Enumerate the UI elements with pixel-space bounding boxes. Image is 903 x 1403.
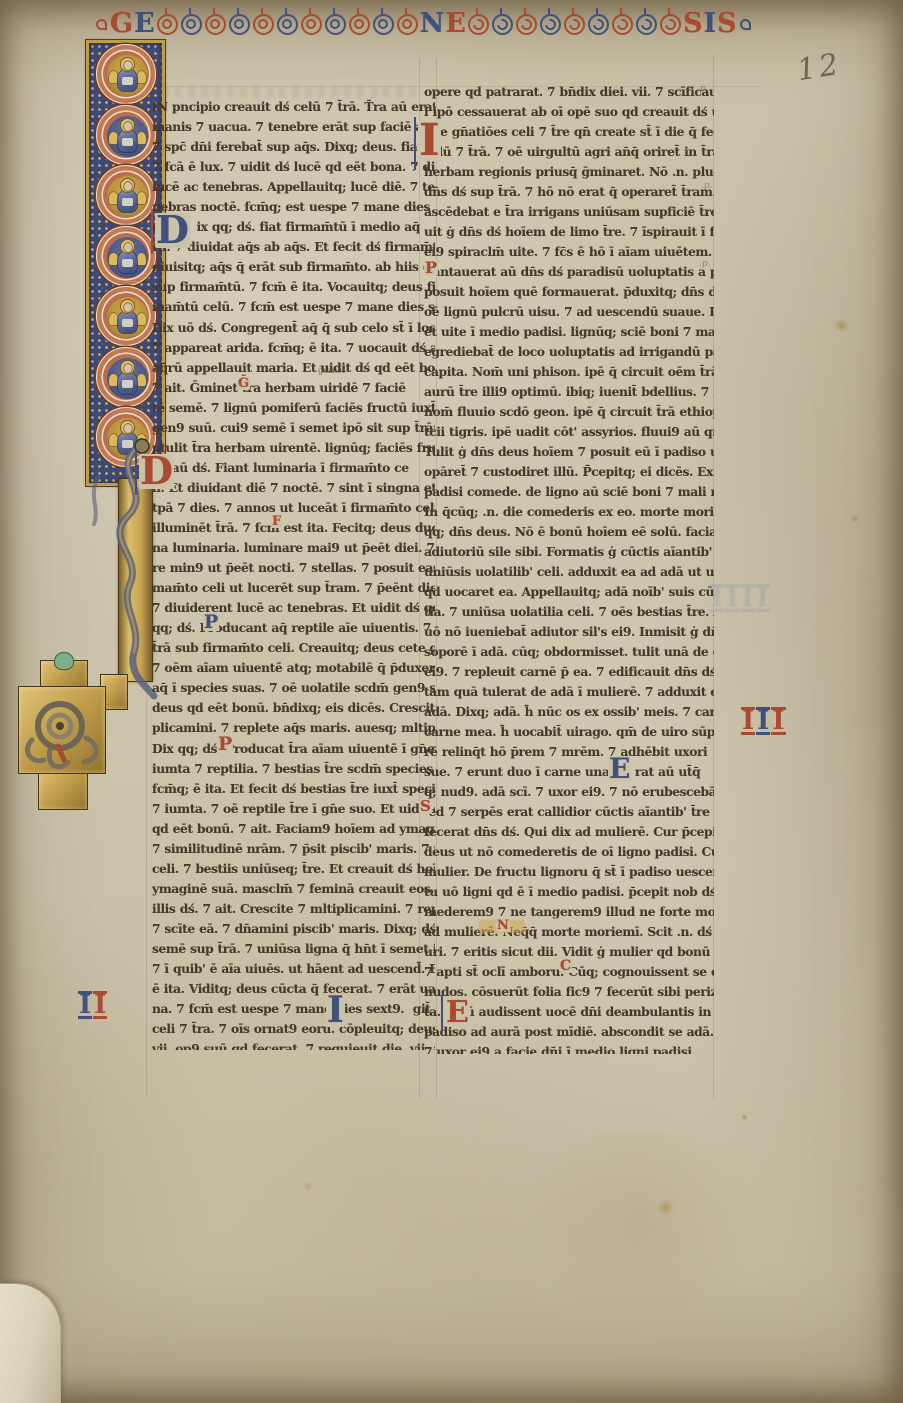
text-column-left: ſN pncipio creauit dś celū 7 t̄rā. T̄ra … <box>152 97 435 1050</box>
text-line: ē ita. Viditq; deus cūcta q̄ fecerat. 7 … <box>152 979 435 999</box>
text-line: 7 appareat arida. fcm̄q; ē ita. 7 uocaui… <box>152 338 435 358</box>
band-letter: G <box>110 10 133 38</box>
text-line: adā. Dixq; adā. h̄ nūc os ex ossib' meis… <box>424 702 714 722</box>
creation-scene-medallion <box>95 43 157 104</box>
text-line: sue. 7 erunt duo ī carne una. rat aū ut̄… <box>424 762 714 782</box>
manuscript-page: GENESIS 12 ſN pncipio creauit dś celū 7 … <box>0 0 903 1403</box>
text-line: In q̄cūq; .n. die comederis ex eo. morte… <box>424 502 714 522</box>
band-spiral-icon <box>660 14 681 35</box>
pen-flourish <box>441 995 443 1031</box>
text-line: qq; dś. Producant aq̄ reptile aīe uiuent… <box>152 618 435 638</box>
text-line: tpā 7 dies. 7 annos ut luceāt ī firmam̄t… <box>152 498 435 518</box>
text-line: inanis 7 uacua. 7 tenebre erāt sup faciē… <box>152 117 435 137</box>
text-line: egrediebat̄ de loco uoluptatis ad irriga… <box>424 342 714 362</box>
text-line: capita. Nom̄ uni phison. ipē q̄ circuit … <box>424 362 714 382</box>
dropcap-D: D <box>139 454 174 489</box>
text-line: 7 uxor ei9 a facie dn̄i ī medio ligni pa… <box>424 1042 714 1054</box>
text-line: q; nud9. adā scī. 7 uxor ei9. 7 nō erube… <box>424 782 714 802</box>
text-line: aq̄ ī species suas. 7 oē uolatile scdm̄ … <box>152 678 435 698</box>
initial-foliate-terminal <box>14 658 118 810</box>
band-ring-icon <box>181 14 202 35</box>
text-line: tam quā tulerat de adā ī mulierē. 7 addu… <box>424 682 714 702</box>
folio-number: 12 <box>795 47 844 88</box>
stain <box>741 1114 748 1120</box>
text-line: celi 7 t̄ra. 7 oīs ornat9 eoru. cōpleuit… <box>152 1019 435 1039</box>
text-line: ei9. 7 repleuit carnē p̄ ea. 7 edificaui… <box>424 662 714 682</box>
text-column-right: opere qd patrarat. 7 bn̄dix diei. vii. 7… <box>424 82 714 1054</box>
dropcap-Ḡ: Ḡ <box>237 378 250 390</box>
text-line: Dix uō dś. Congregent̄ aq̄ q̄ sub celo s… <box>152 318 435 338</box>
text-line: ad mulierē. Neq̄q̄ morte moriemī. Scit .… <box>424 922 714 942</box>
text-line: ste gn̄atiōes celi 7 t̄re qn̄ create st̄… <box>424 122 714 142</box>
foliage-scroll-icon <box>20 688 104 772</box>
text-line: ī ipō cessauerat ab oī opē suo qd creaui… <box>424 102 714 122</box>
text-line: tē semē. 7 lignū pomiferū faciēs fructū … <box>152 398 435 418</box>
text-line: rē relinq̄t hō p̄rem 7 mrēm. 7 adhēbit u… <box>424 742 714 762</box>
dropcap-E: E <box>445 999 470 1027</box>
creation-scene-medallion <box>95 285 157 346</box>
band-spiral-icon <box>468 14 489 35</box>
text-line: mederem9 7 ne tangerem9 illud ne forte m… <box>424 902 714 922</box>
text-line: uō nō iueniebat̄ adiutor sil's ei9. Inmi… <box>424 622 714 642</box>
text-line: qd uocaret ea. Appellauitq; adā noīb' su… <box>424 582 714 602</box>
dropcap-N: N <box>496 920 510 932</box>
creation-scene-medallion <box>95 346 157 407</box>
interlinear-gloss: ḡminet <box>318 366 345 375</box>
band-ring-icon <box>253 14 274 35</box>
pen-flourish <box>135 450 137 495</box>
dropcap-I: I <box>326 994 345 1027</box>
text-line: 7 ait. Ḡminet t̄ra herbam uiridē 7 faciē <box>152 378 435 398</box>
stain <box>849 514 860 523</box>
text-line: opere qd patrarat. 7 bn̄dix diei. vii. 7… <box>424 82 714 102</box>
text-line: 7 scīte eā. 7 dn̄amini piscib' maris. Di… <box>152 919 435 939</box>
genesis-header-band: GENESIS <box>94 8 704 40</box>
text-line: mam̄to celi ut lucerēt sup t̄ram. 7 p̄eē… <box>152 578 435 598</box>
text-line: padisi comede. de ligno aū sciē boni 7 m… <box>424 482 714 502</box>
band-ring-icon <box>325 14 346 35</box>
text-line: lantauerat aū dn̄s dś paradisū uoluptati… <box>424 262 714 282</box>
text-line: t̄rā sub firmam̄to celi. Creauitq; deus … <box>152 638 435 658</box>
text-line: adiutoriū sile sibi. Formatis ġ cūctis a… <box>424 542 714 562</box>
text-line: re min9 ut p̄eēt nocti. 7 stellas. 7 pos… <box>152 558 435 578</box>
text-line: gen9 suū. cui9 semē ī semet ipō sit sup … <box>152 418 435 438</box>
dropcap-D: D <box>155 213 190 248</box>
chapter-numeral-II: II <box>78 991 107 1019</box>
stain <box>833 319 850 332</box>
dropcap-F: F <box>271 516 282 528</box>
band-ring-icon <box>157 14 178 35</box>
stain <box>302 1182 314 1191</box>
dropcap-P: P <box>424 261 438 276</box>
text-line: 7 iumta. 7 oē reptile t̄re ī gn̄e suo. E… <box>152 799 435 819</box>
stain <box>500 1130 780 1310</box>
dropcap-I: I <box>418 121 441 161</box>
band-ring-icon <box>301 14 322 35</box>
text-line: aurū t̄re illi9 optimū. ibiq; iuenit̄ bd… <box>424 382 714 402</box>
text-line: carne mea. h̄ uocabit̄ uirago. qm̄ de ui… <box>424 722 714 742</box>
text-line: ſN pncipio creauit dś celū 7 t̄rā. T̄ra … <box>152 97 435 117</box>
text-line: Dix qq; dś. Producat t̄ra aīam uiuentē ī… <box>152 739 435 759</box>
band-ring-icon <box>277 14 298 35</box>
band-spiral-icon <box>588 14 609 35</box>
text-line: 7 similitudinē nrām. 7 p̄sit piscib' mar… <box>152 839 435 859</box>
dropcap-E: E <box>608 756 631 782</box>
band-spiral-icon <box>636 14 657 35</box>
band-spiral-icon <box>612 14 633 35</box>
text-line: ascēdebat e t̄ra irrigans uniūsam supfic… <box>424 202 714 222</box>
band-flourish-icon <box>740 19 751 30</box>
text-line: ēt uite ī medio padisi. lignūq; sciē bon… <box>424 322 714 342</box>
text-line: soporē ī adā. cūq; obdormisset. tulit un… <box>424 642 714 662</box>
creation-scene-medallion <box>95 225 157 286</box>
band-ring-icon <box>349 14 370 35</box>
text-line: na. 7 fcm̄ est uespe 7 mane dies sext9. … <box>152 999 435 1019</box>
text-line: tu uō ligni qd ē ī medio padisi. p̄cepit… <box>424 882 714 902</box>
text-line: mam̄tū celū. 7 fcm̄ est uespe 7 mane die… <box>152 297 435 317</box>
text-line: deus qd eēt bonū. bn̄dixq; eis dicēs. Cr… <box>152 698 435 718</box>
dropcap-P: P <box>203 614 219 631</box>
text-line: nom̄ fluuio scdō geon. ipē q̄ circuit t̄… <box>424 402 714 422</box>
band-spiral-icon <box>516 14 537 35</box>
text-line: lucē ac tenebras. Appellauitq; lucē diē.… <box>152 177 435 197</box>
text-line: deus ut nō comederetis de oī ligno padis… <box>424 842 714 862</box>
text-line: oē lignū pulcrū uisu. 7 ad uescendū suau… <box>424 302 714 322</box>
band-letter: E <box>134 10 155 38</box>
text-line: tcii tigris. ipē uadit cōt' assyrios. fl… <box>424 422 714 442</box>
text-line: dn̄s dś sup t̄rā. 7 hō nō erat q̄ operar… <box>424 182 714 202</box>
text-line: aq̄rū appellauit maria. Et uidit dś qd e… <box>152 358 435 378</box>
text-line: 7 oēm aīam uiuentē atq; motabilē q̄ p̄du… <box>152 658 435 678</box>
band-letter: S <box>683 10 703 38</box>
text-line: uniūsis uolatilib' celi. adduxit ea ad a… <box>424 562 714 582</box>
text-line: 7 ī quib' ē aīa uiuēs. ut hāent ad uesce… <box>152 959 435 979</box>
text-line: ei9 spiraclm̄ uite. 7 fc̄s ē hō ī aīam u… <box>424 242 714 262</box>
text-line: unus. ix qq; dś. fiat firmam̄tū ī medio … <box>152 217 435 237</box>
band-ring-icon <box>205 14 226 35</box>
pen-flourish <box>151 209 153 254</box>
band-letter: E <box>445 10 466 38</box>
text-line: plicamini. 7 replete aq̄s maris. auesq; … <box>152 718 435 738</box>
text-line: vii. op9 suū qd fecerat. 7 requieuit die… <box>152 1039 435 1050</box>
text-line: ix aū dś. Fiant luminaria ī firmam̄to ce <box>152 458 435 478</box>
text-line: tia. 7 uniūsa uolatilia celi. 7 oēs best… <box>424 602 714 622</box>
text-line: illis dś. 7 ait. Crescite 7 mltiplicamin… <box>152 899 435 919</box>
green-bud-ornament <box>54 652 74 670</box>
text-line: rū. 7 diuidat aq̄s ab aq̄s. Et fecit dś … <box>152 237 435 257</box>
page-corner-curl <box>0 1283 61 1403</box>
text-line: nebras noctē. fcm̄q; est uespe 7 mane di… <box>152 197 435 217</box>
text-line: posuit hoīem quē formauerat. p̄duxitq; d… <box>424 282 714 302</box>
text-line: na luminaria. luminare mai9 ut p̄eēt die… <box>152 538 435 558</box>
text-line: semē sup t̄rā. 7 uniūsa ligna q̄ hn̄t ī … <box>152 939 435 959</box>
text-line: qd eēt bonū. 7 ait. Faciam9 hoīem ad yma… <box>152 819 435 839</box>
creation-scene-medallion <box>95 104 157 165</box>
text-line: ymaginē suā. masclm̄ 7 feminā creauit eo… <box>152 879 435 899</box>
text-line: sup firmam̄tū. 7 fcm̄ ē ita. Vocauitq; d… <box>152 277 435 297</box>
band-spiral-icon <box>492 14 513 35</box>
chapter-numeral-III: III <box>741 707 786 735</box>
text-line: celū 7 t̄rā. 7 oē uirgultū agri an̄q̄ or… <box>424 142 714 162</box>
text-line: ed 7 serpēs erat callidior cūctis aīanti… <box>424 802 714 822</box>
band-ring-icon <box>229 14 250 35</box>
text-line: qq; dn̄s deus. Nō ē bonū hoīem eē solū. … <box>424 522 714 542</box>
band-spiral-icon <box>540 14 561 35</box>
marginal-mark: .p. <box>699 259 710 269</box>
dropcap-P: P <box>217 736 233 753</box>
band-letter: I <box>703 10 716 38</box>
text-line: ptulit t̄ra herbam uirentē. lignūq; faci… <box>152 438 435 458</box>
text-line: herbam regionis priusq̄ ḡminaret. Nō .n.… <box>424 162 714 182</box>
text-line: illuminēt t̄rā. 7 fcm̄ est ita. Fecitq; … <box>152 518 435 538</box>
initial-shaft <box>118 478 153 682</box>
pen-flourish <box>414 117 416 170</box>
band-spiral-icon <box>564 14 585 35</box>
chapter-numeral-IIII: IIII <box>710 584 770 612</box>
stain <box>656 1200 676 1215</box>
dropcap-S: S <box>419 800 432 814</box>
text-line: 7 fcā ē lux. 7 uidit dś lucē qd eēt bona… <box>152 157 435 177</box>
marginal-mark: .p. <box>701 181 712 191</box>
text-line: celi. 7 bestiis uniūseq; t̄re. Et creaui… <box>152 859 435 879</box>
text-line: fcm̄q; ē ita. Et fecit dś bestias t̄re i… <box>152 779 435 799</box>
band-ring-icon <box>397 14 418 35</box>
text-line: opāret̄ 7 custodiret illū. P̄cepitq; ei … <box>424 462 714 482</box>
band-flourish-icon <box>96 19 107 30</box>
text-line: iumta 7 reptilia. 7 bestias t̄re scdm̄ s… <box>152 759 435 779</box>
text-line: 7 diuiderent lucē ac tenebras. Et uidit … <box>152 598 435 618</box>
band-ring-icon <box>373 14 394 35</box>
creation-scene-medallion <box>95 164 157 225</box>
band-letter: N <box>420 10 445 38</box>
text-line: li. Et diuidant diē 7 noctē. 7 sint ī si… <box>152 478 435 498</box>
dropcap-C: C <box>559 960 572 973</box>
text-line: mulier. De fructu lignoru q̄ st̄ ī padis… <box>424 862 714 882</box>
text-line: diuisitq; aq̄s q̄ erāt sub firmam̄to. ab… <box>152 257 435 277</box>
marginal-mark: .p. <box>697 84 708 94</box>
text-line: 7 spc̄ dn̄i ferebat̄ sup aq̄s. Dixq; deu… <box>152 137 435 157</box>
band-letter: S <box>717 10 737 38</box>
text-line: Tulit ġ dn̄s deus hoīem 7 posuit eū ī pa… <box>424 442 714 462</box>
text-line: fecerat dn̄s dś. Qui dix ad mulierē. Cur… <box>424 822 714 842</box>
text-line: uit ġ dn̄s dś hoīem de limo t̄re. 7 īspi… <box>424 222 714 242</box>
